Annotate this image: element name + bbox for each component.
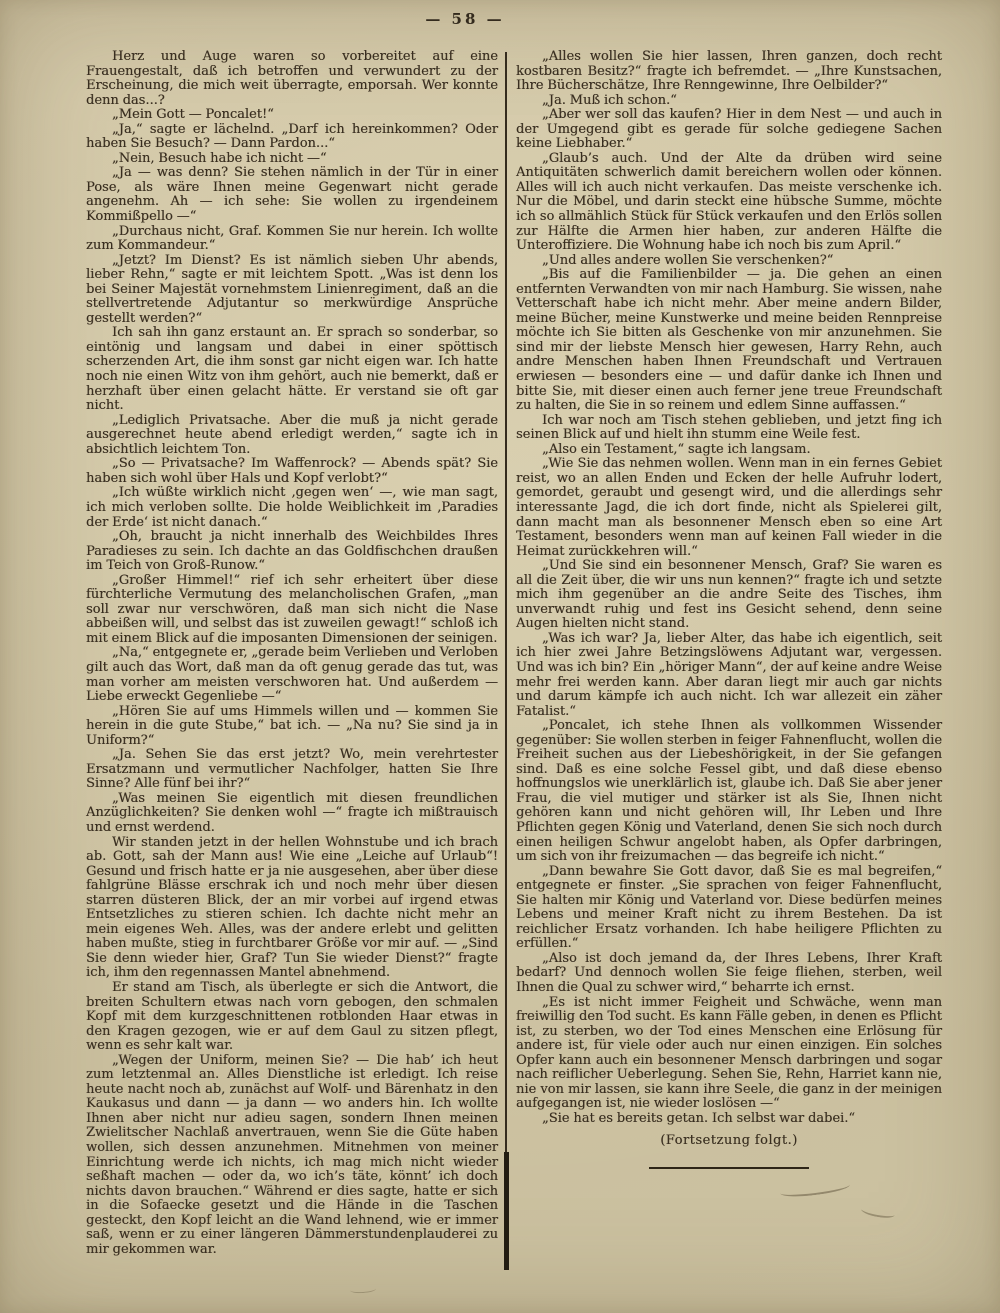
- paragraph: „Wegen der Uniform, meinen Sie? — Die ha…: [86, 1054, 498, 1258]
- paragraph: Herz und Auge waren so vorbereitet auf e…: [86, 50, 498, 108]
- paragraph: „Was ich war? Ja, lieber Alter, das habe…: [516, 632, 942, 719]
- paragraph: „So — Privatsache? Im Waffenrock? — Aben…: [86, 457, 498, 486]
- paragraph: „Also ist doch jemand da, der Ihres Lebe…: [516, 952, 942, 996]
- paragraph: „Jetzt? Im Dienst? Es ist nämlich sieben…: [86, 254, 498, 327]
- paragraph: „Ja — was denn? Sie stehen nämlich in de…: [86, 166, 498, 224]
- end-rule: [649, 1167, 809, 1169]
- paragraph: „Glaub’s auch. Und der Alte da drüben wi…: [516, 152, 942, 254]
- paragraph: Er stand am Tisch, als überlegte er sich…: [86, 981, 498, 1054]
- paragraph: „Und alles andere wollen Sie verschenken…: [516, 254, 942, 269]
- paragraph: Ich war noch am Tisch stehen geblieben, …: [516, 414, 942, 443]
- paragraph: „Dann bewahre Sie Gott davor, daß Sie es…: [516, 865, 942, 952]
- left-text-column: Herz und Auge waren so vorbereitet auf e…: [86, 50, 498, 1257]
- paragraph: „Oh, braucht ja nicht innerhalb des Weic…: [86, 530, 498, 574]
- paragraph: „Mein Gott — Poncalet!“: [86, 108, 498, 123]
- paragraph: „Na,“ entgegnete er, „gerade beim Verlie…: [86, 646, 498, 704]
- paragraph: „Ja. Muß ich schon.“: [516, 94, 942, 109]
- paragraph: „Bis auf die Familienbilder — ja. Die ge…: [516, 268, 942, 413]
- paragraph: „Ja. Sehen Sie das erst jetzt? Wo, mein …: [86, 748, 498, 792]
- paragraph: „Durchaus nicht, Graf. Kommen Sie nur he…: [86, 225, 498, 254]
- paragraph: „Großer Himmel!“ rief ich sehr erheitert…: [86, 574, 498, 647]
- right-text-column: „Alles wollen Sie hier lassen, Ihren gan…: [516, 50, 942, 1169]
- paragraph: „Lediglich Privatsache. Aber die muß ja …: [86, 414, 498, 458]
- column-divider-rule: [505, 52, 507, 1270]
- right-column-paragraphs: „Alles wollen Sie hier lassen, Ihren gan…: [516, 50, 942, 1126]
- paragraph: „Nein, Besuch habe ich nicht —“: [86, 152, 498, 167]
- paragraph: „Wie Sie das nehmen wollen. Wenn man in …: [516, 457, 942, 559]
- page-number: — 58 —: [0, 10, 930, 28]
- paragraph: „Ich wüßte wirklich nicht ‚gegen wen‘ —,…: [86, 486, 498, 530]
- paragraph: „Sie hat es bereits getan. Ich selbst wa…: [516, 1112, 942, 1127]
- paragraph: „Hören Sie auf ums Himmels willen und — …: [86, 705, 498, 749]
- paragraph: Ich sah ihn ganz erstaunt an. Er sprach …: [86, 326, 498, 413]
- paragraph: „Ja,“ sagte er lächelnd. „Darf ich herei…: [86, 123, 498, 152]
- scanned-book-page: — 58 — Herz und Auge waren so vorbereite…: [0, 0, 1000, 1313]
- paragraph: „Es ist nicht immer Feigheit und Schwäch…: [516, 996, 942, 1112]
- paragraph: Wir standen jetzt in der hellen Wohnstub…: [86, 836, 498, 981]
- paragraph: „Also ein Testament,“ sagte ich langsam.: [516, 443, 942, 458]
- paragraph: „Aber wer soll das kaufen? Hier in dem N…: [516, 108, 942, 152]
- paragraph: „Und Sie sind ein besonnener Mensch, Gra…: [516, 559, 942, 632]
- paragraph: „Poncalet, ich stehe Ihnen als vollkomme…: [516, 719, 942, 864]
- paragraph: „Alles wollen Sie hier lassen, Ihren gan…: [516, 50, 942, 94]
- paragraph: „Was meinen Sie eigentlich mit diesen fr…: [86, 792, 498, 836]
- continuation-notice: (Fortsetzung folgt.): [516, 1134, 942, 1149]
- text-block: Herz und Auge waren so vorbereitet auf e…: [86, 50, 942, 1295]
